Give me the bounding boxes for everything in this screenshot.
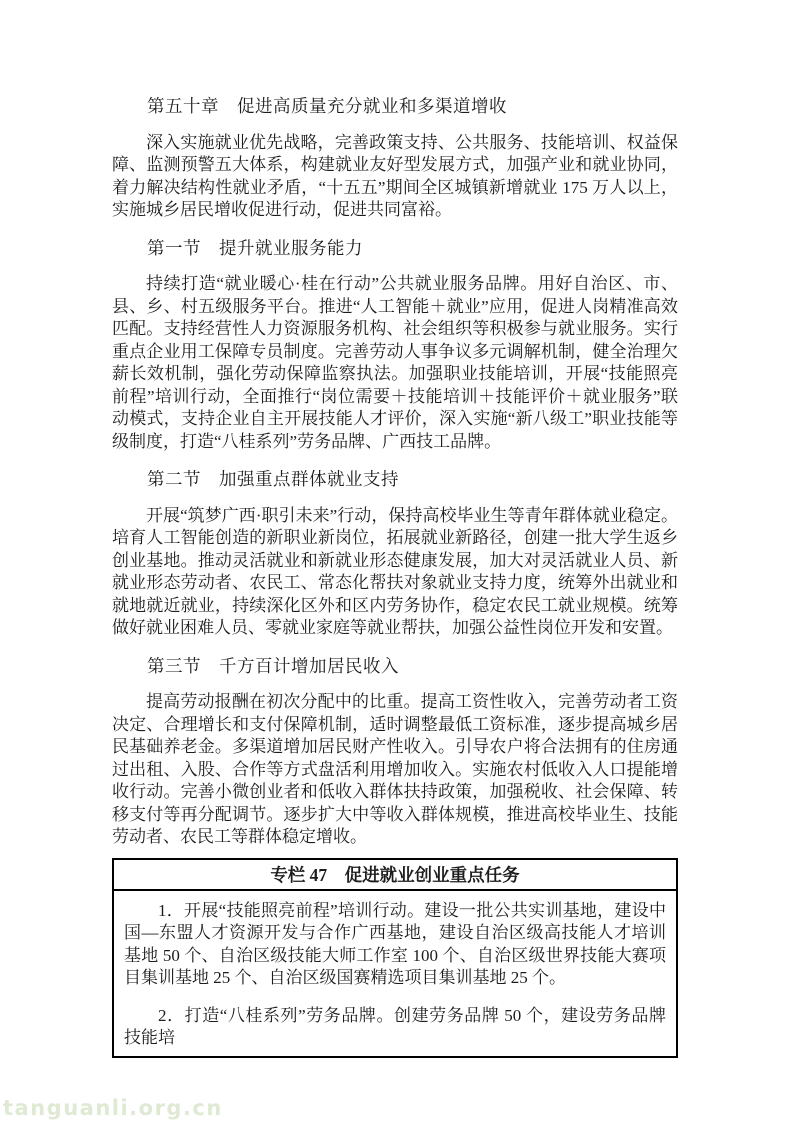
section-body-2: 开展“筑梦广西·职引未来”行动，保持高校毕业生等青年群体就业稳定。培育人工智能创… xyxy=(112,505,678,640)
document-page: 第五十章 促进高质量充分就业和多渠道增收 深入实施就业优先战略，完善政策支持、公… xyxy=(0,0,793,1122)
document-content: 第五十章 促进高质量充分就业和多渠道增收 深入实施就业优先战略，完善政策支持、公… xyxy=(112,95,678,1058)
section-body-1: 持续打造“就业暖心·桂在行动”公共就业服务品牌。用好自治区、市、县、乡、村五级服… xyxy=(112,273,678,453)
watermark: tanguanli.org.cn xyxy=(3,1096,223,1120)
callout-box-item-2: 2．打造“八桂系列”劳务品牌。创建劳务品牌 50 个，建设劳务品牌技能培 xyxy=(124,1005,666,1050)
section-body-3: 提高劳动报酬在初次分配中的比重。提高工资性收入，完善劳动者工资决定、合理增长和支… xyxy=(112,691,678,849)
callout-box: 专栏 47 促进就业创业重点任务 1．开展“技能照亮前程”培训行动。建设一批公共… xyxy=(112,858,678,1058)
section-heading-3: 第三节 千方百计增加居民收入 xyxy=(112,655,678,678)
callout-box-title: 专栏 47 促进就业创业重点任务 xyxy=(114,860,676,891)
section-heading-2: 第二节 加强重点群体就业支持 xyxy=(112,468,678,491)
section-heading-1: 第一节 提升就业服务能力 xyxy=(112,237,678,260)
callout-box-body: 1．开展“技能照亮前程”培训行动。建设一批公共实训基地，建设中国—东盟人才资源开… xyxy=(114,891,676,1056)
chapter-intro-paragraph: 深入实施就业优先战略，完善政策支持、公共服务、技能培训、权益保障、监测预警五大体… xyxy=(112,132,678,222)
callout-box-item-1: 1．开展“技能照亮前程”培训行动。建设一批公共实训基地，建设中国—东盟人才资源开… xyxy=(124,900,666,990)
chapter-title: 第五十章 促进高质量充分就业和多渠道增收 xyxy=(112,95,678,118)
